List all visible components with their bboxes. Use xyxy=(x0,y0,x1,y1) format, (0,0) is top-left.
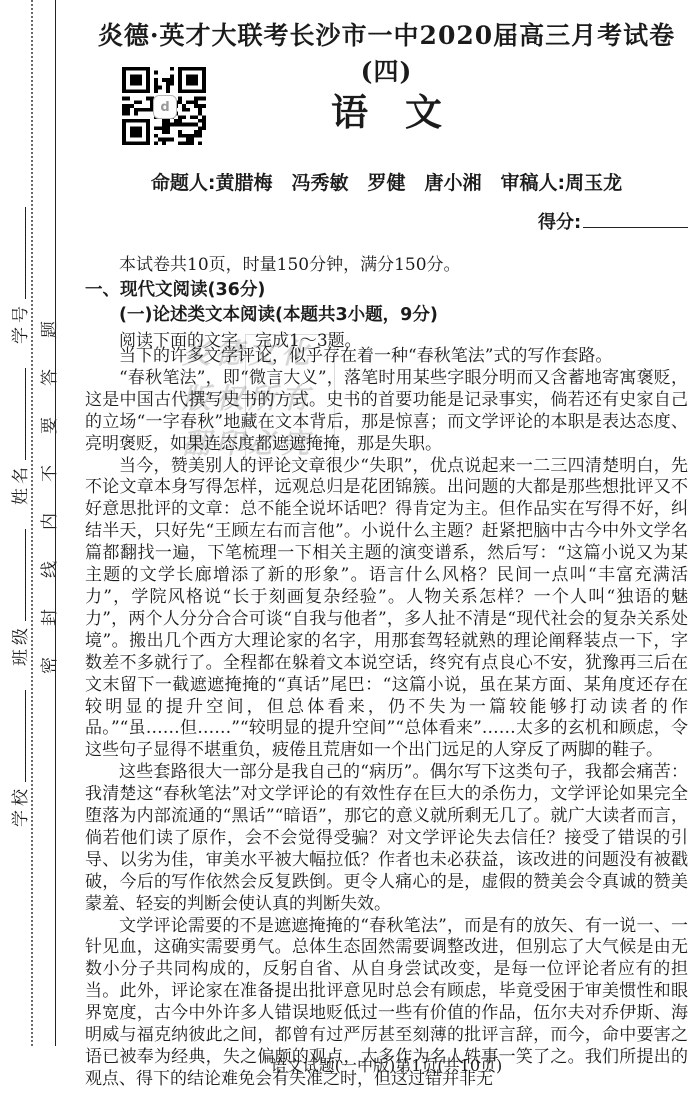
field-student-id-blank[interactable] xyxy=(24,207,26,299)
exam-info: 本试卷共10页，时量150分钟，满分150分。 xyxy=(85,250,688,275)
seal-notice: 密封线内不要答题 xyxy=(35,267,55,697)
field-student-id-label: 学号 xyxy=(11,302,31,344)
field-name-blank[interactable] xyxy=(24,368,26,460)
field-class-blank[interactable] xyxy=(24,529,26,621)
score-row: 得分: xyxy=(538,208,688,234)
field-name-label: 姓名 xyxy=(11,463,31,505)
field-name: 姓名 xyxy=(6,368,31,505)
subject-title: 语 文 xyxy=(85,82,688,136)
passage-paragraph: 当下的许多文学评论，似乎存在着一种“春秋笔法”式的写作套路。 xyxy=(85,346,688,368)
field-class-label: 班级 xyxy=(11,624,31,666)
field-student-id: 学号 xyxy=(6,207,31,344)
passage-paragraph: “春秋笔法”，即“微言大义”，落笔时用某些字眼分明而又含蓄地寄寓褒贬，这是中国古… xyxy=(85,368,688,456)
setters-line: 命题人:黄腊梅 冯秀敏 罗健 唐小湘 审稿人:周玉龙 xyxy=(85,168,688,195)
field-class: 班级 xyxy=(6,529,31,666)
student-info-fields: 学校 班级 姓名 学号 xyxy=(6,82,26,952)
passage-paragraph: 当今，赞美别人的评论文章很少“失职”，优点说起来一二三四清楚明白，先不论文章本身… xyxy=(85,456,688,763)
passage-paragraph: 文学评论需要的不是遮遮掩掩的“春秋笔法”，而是有的放矢、有一说一、一针见血，这确… xyxy=(85,916,688,1091)
score-label: 得分: xyxy=(538,212,581,233)
seal-dotted-line xyxy=(31,0,33,1046)
subsection-heading: (一)论述类文本阅读(本题共3小题，9分) xyxy=(119,301,438,326)
score-blank[interactable] xyxy=(583,226,688,228)
field-school-label: 学校 xyxy=(11,785,31,827)
passage-paragraph: 这些套路很大一部分是我自己的“病历”。偶尔写下这类句子，我都会痛苦：我清楚这“春… xyxy=(85,762,688,915)
field-school: 学校 xyxy=(6,690,31,827)
section-heading-part1: 一、现代文阅读(36分) xyxy=(85,276,265,301)
field-school-blank[interactable] xyxy=(24,690,26,782)
reading-passage: 当下的许多文学评论，似乎存在着一种“春秋笔法”式的写作套路。 “春秋笔法”，即“… xyxy=(85,346,688,1091)
